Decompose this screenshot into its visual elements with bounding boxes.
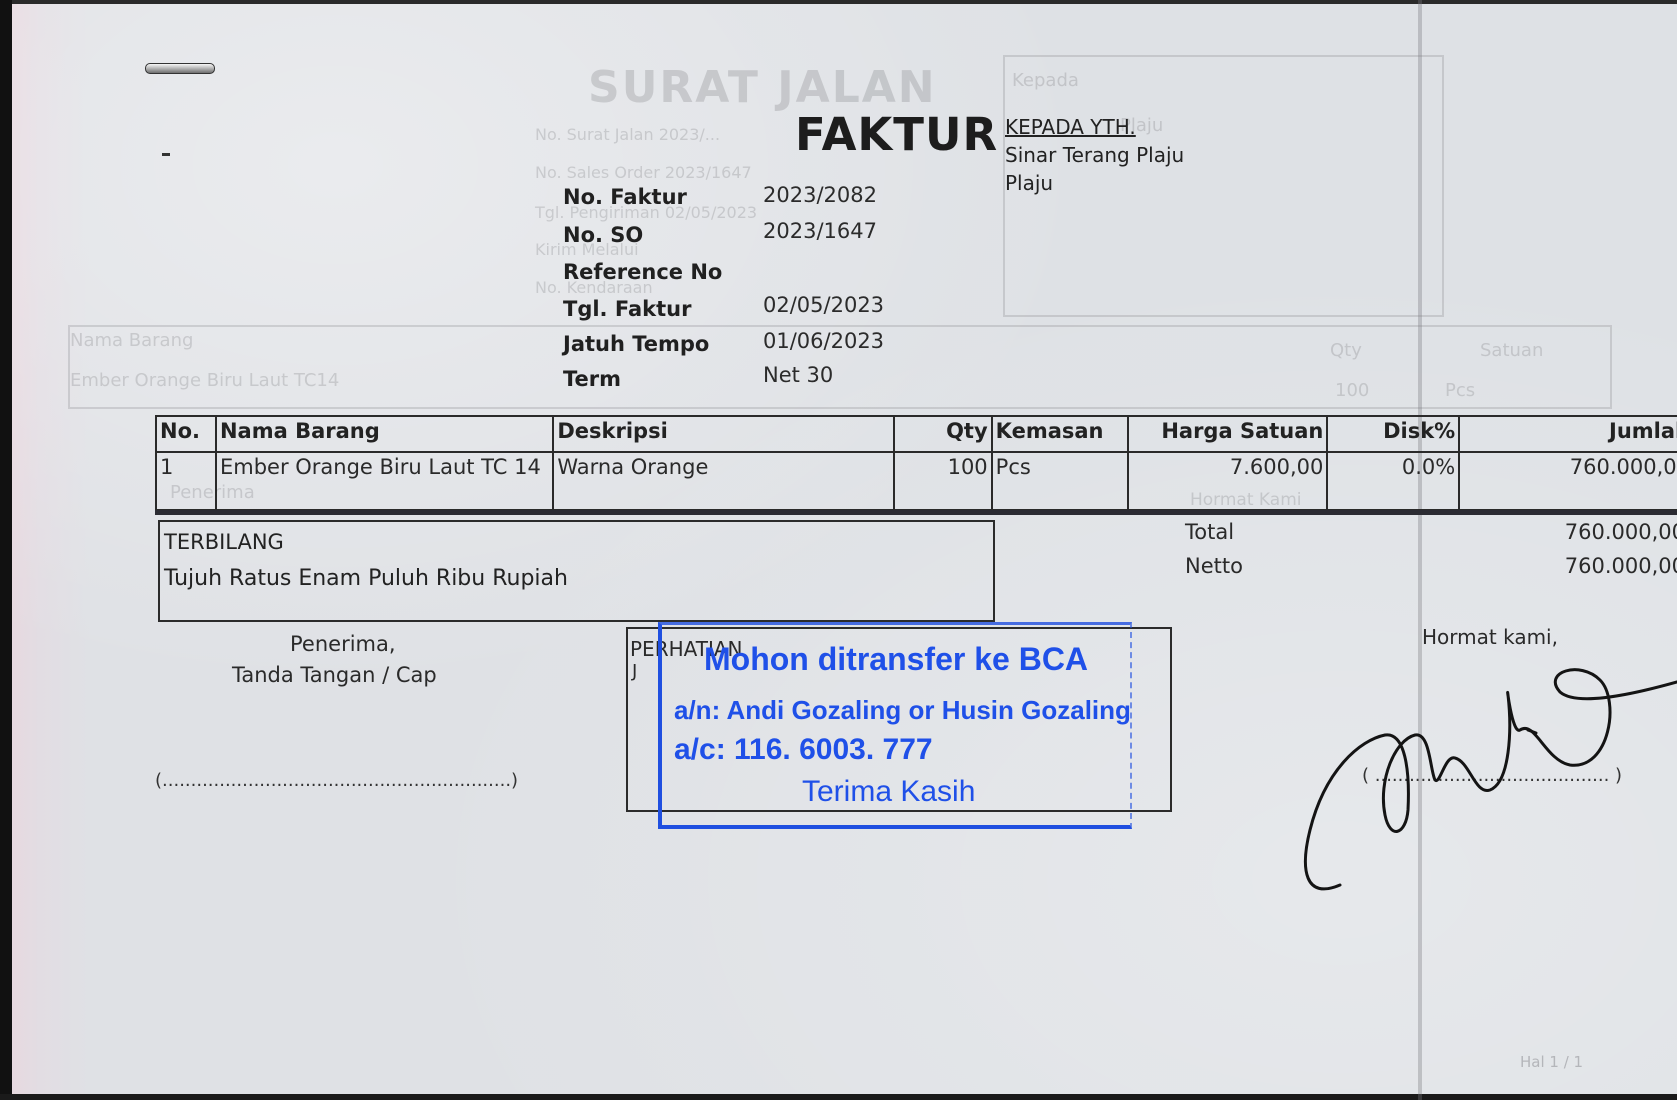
cell-deskripsi: Warna Orange <box>553 452 893 510</box>
table-row: 1 Ember Orange Biru Laut TC 14 Warna Ora… <box>156 452 1677 510</box>
cell-no: 1 <box>156 452 216 510</box>
recipient-name: Sinar Terang Plaju <box>1005 143 1184 167</box>
column-header-no: No. <box>156 416 216 452</box>
ghost-line: No. Sales Order 2023/1647 <box>535 163 752 182</box>
ghost-line: No. Surat Jalan 2023/... <box>535 125 720 144</box>
recipient-heading: KEPADA YTH. <box>1005 115 1136 139</box>
column-header-deskripsi: Deskripsi <box>553 416 893 452</box>
total-value: 760.000,00 <box>1565 520 1677 544</box>
table-bottom-rule <box>155 510 1677 515</box>
document-title: FAKTUR <box>795 108 998 161</box>
info-label-no-faktur: No. Faktur <box>563 185 687 209</box>
cell-nama-barang: Ember Orange Biru Laut TC 14 <box>216 452 553 510</box>
ghost-table-header: Satuan <box>1480 340 1543 361</box>
ghost-table-header: Qty <box>1330 340 1362 361</box>
ghost-to-label: Kepada <box>1012 70 1079 91</box>
info-value-tgl-faktur: 02/05/2023 <box>763 293 884 317</box>
ghost-table-cell: Pcs <box>1445 380 1475 401</box>
bank-transfer-stamp: Mohon ditransfer ke BCA a/n: Andi Gozali… <box>658 622 1132 829</box>
scan-edge-top <box>12 0 1677 4</box>
ghost-table-cell: Ember Orange Biru Laut TC14 <box>70 370 339 391</box>
signature-icon <box>1280 640 1677 910</box>
stamp-line-transfer: Mohon ditransfer ke BCA <box>704 641 1088 678</box>
scan-edge-bottom <box>0 1094 1677 1100</box>
info-value-no-faktur: 2023/2082 <box>763 183 877 207</box>
stamp-line-account-number: a/c: 116. 6003. 777 <box>674 733 933 767</box>
cell-kemasan: Pcs <box>992 452 1128 510</box>
info-value-jatuh-tempo: 01/06/2023 <box>763 329 884 353</box>
column-header-nama-barang: Nama Barang <box>216 416 553 452</box>
column-header-harga-satuan: Harga Satuan <box>1128 416 1328 452</box>
notice-label-extra: J <box>632 661 637 682</box>
terbilang-label: TERBILANG <box>164 530 284 554</box>
netto-value: 760.000,00 <box>1565 554 1677 578</box>
receiver-label: Penerima, <box>290 632 396 656</box>
recipient-city: Plaju <box>1005 171 1053 195</box>
info-label-term: Term <box>563 367 621 391</box>
info-value-term: Net 30 <box>763 363 833 387</box>
info-value-no-so: 2023/1647 <box>763 219 877 243</box>
stamp-line-thanks: Terima Kasih <box>802 775 975 809</box>
column-header-disk: Disk% <box>1327 416 1459 452</box>
info-label-no-so: No. SO <box>563 223 643 247</box>
table-header-row: No. Nama Barang Deskripsi Qty Kemasan Ha… <box>156 416 1677 452</box>
info-label-reference-no: Reference No <box>563 260 722 284</box>
scan-edge-left <box>0 0 12 1100</box>
paper-fold-line <box>1418 0 1422 1100</box>
info-label-tgl-faktur: Tgl. Faktur <box>563 297 691 321</box>
receiver-sign-caption: Tanda Tangan / Cap <box>232 663 437 687</box>
cell-harga-satuan: 7.600,00 <box>1128 452 1328 510</box>
column-header-jumlah: Jumlah <box>1459 416 1677 452</box>
cell-qty: 100 <box>894 452 992 510</box>
total-label: Total <box>1185 520 1234 544</box>
items-table: No. Nama Barang Deskripsi Qty Kemasan Ha… <box>155 415 1677 511</box>
ghost-table-header: Nama Barang <box>70 330 193 351</box>
receiver-sign-line: (.......................................… <box>155 770 518 791</box>
terbilang-value: Tujuh Ratus Enam Puluh Ribu Rupiah <box>164 566 568 591</box>
stamp-line-account-name: a/n: Andi Gozaling or Husin Gozaling <box>674 695 1131 726</box>
paper-speck <box>162 153 170 156</box>
ghost-table-cell: 100 <box>1335 380 1369 401</box>
ghost-surat-jalan-title: SURAT JALAN <box>588 62 937 113</box>
cell-disk: 0.0% <box>1327 452 1459 510</box>
info-label-jatuh-tempo: Jatuh Tempo <box>563 332 709 356</box>
cell-jumlah: 760.000,00 <box>1459 452 1677 510</box>
column-header-qty: Qty <box>894 416 992 452</box>
column-header-kemasan: Kemasan <box>992 416 1128 452</box>
staple-icon <box>145 63 215 74</box>
ghost-recipient-box <box>1003 55 1444 317</box>
netto-label: Netto <box>1185 554 1243 578</box>
ghost-page-number: Hal 1 / 1 <box>1520 1053 1583 1071</box>
terbilang-box: TERBILANG Tujuh Ratus Enam Puluh Ribu Ru… <box>158 520 995 622</box>
